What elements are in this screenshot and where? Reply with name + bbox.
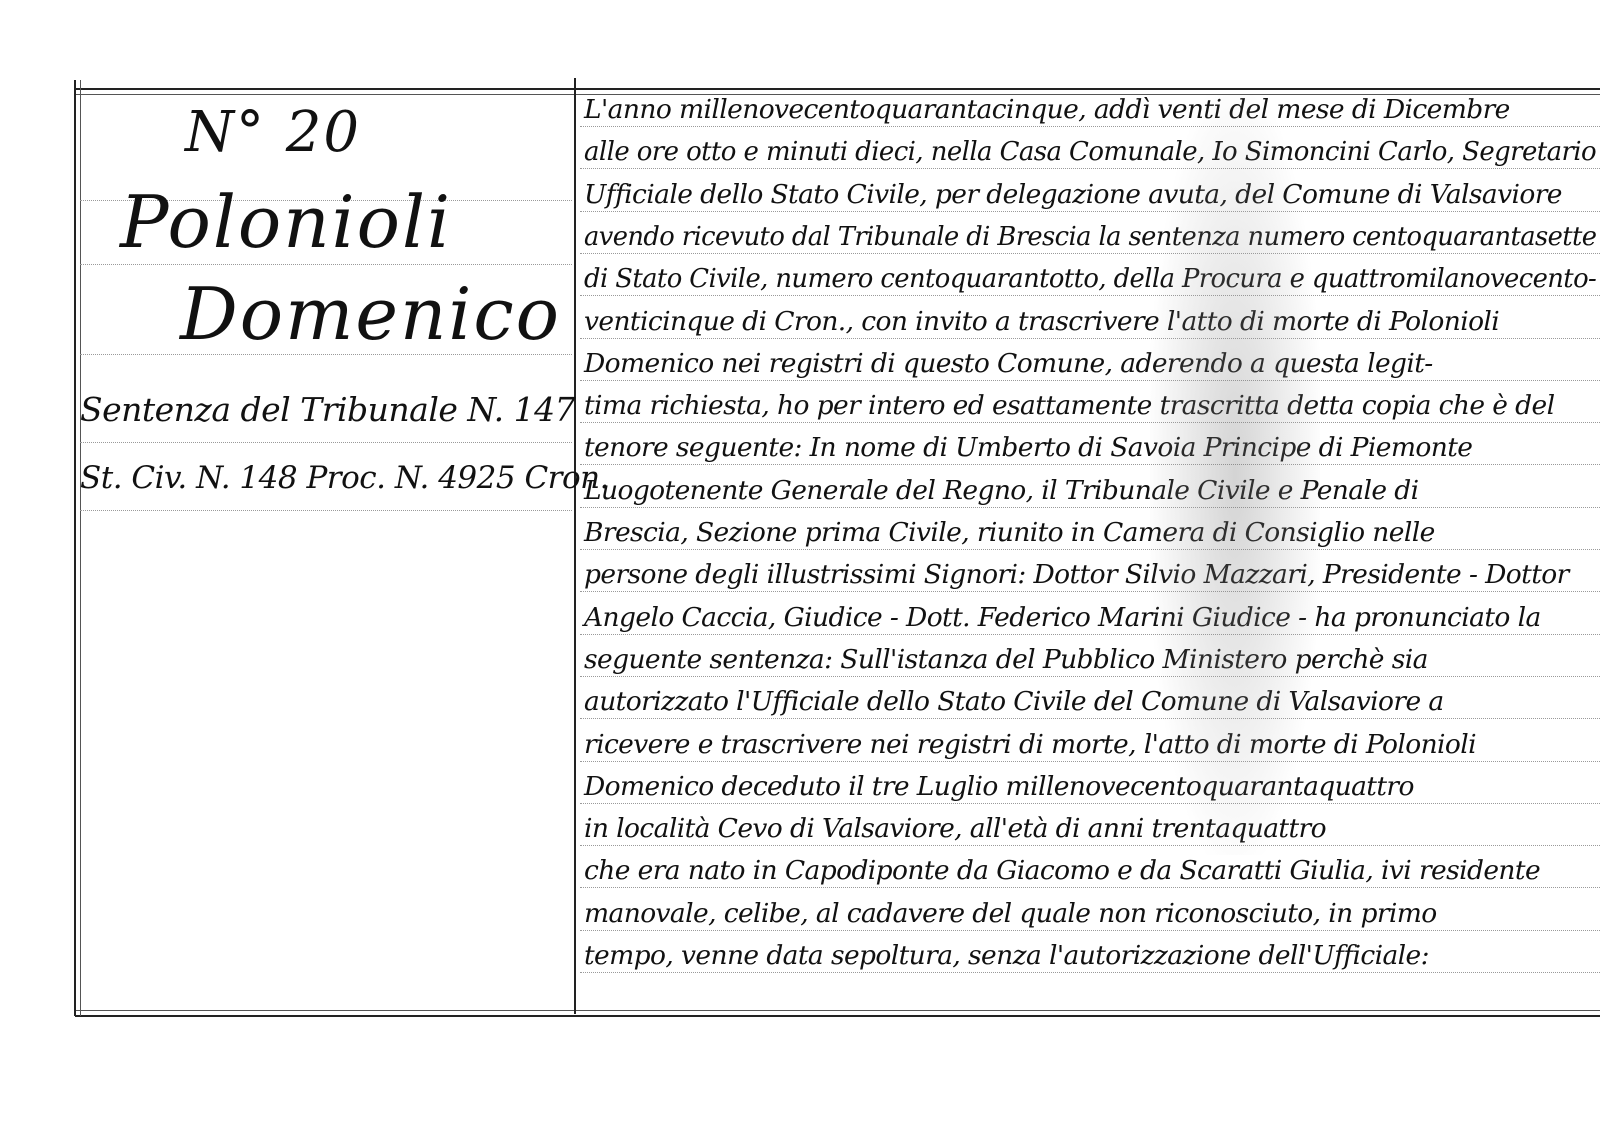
body-text-line: L'anno millenovecentoquarantacinque, add… [584,94,1510,125]
entry-body: L'anno millenovecentoquarantacinque, add… [580,92,1600,1010]
body-text-line: alle ore otto e minuti dieci, nella Casa… [584,136,1596,167]
ruled-line [580,253,1600,254]
body-text-line: Brescia, Sezione prima Civile, riunito i… [584,517,1435,548]
given-name: Domenico [180,272,561,356]
body-text-line: tima richiesta, ho per intero ed esattam… [584,390,1554,421]
body-text-line: manovale, celibe, al cadavere del quale … [584,898,1437,929]
entry-number: N° 20 [185,100,361,165]
body-text-line: ricevere e trascrivere nei registri di m… [584,729,1476,760]
surname: Polonioli [120,180,452,264]
ruled-line [580,168,1600,169]
ruled-line [580,422,1600,423]
ruled-line [580,211,1600,212]
body-text-line: venticinque di Cron., con invito a trasc… [584,306,1499,337]
ruled-line [80,442,572,443]
ruled-line [580,591,1600,592]
body-text-line: che era nato in Capodiponte da Giacomo e… [584,855,1540,886]
body-text-line: tenore seguente: In nome di Umberto di S… [584,432,1472,463]
sentence-numbers: St. Civ. N. 148 Proc. N. 4925 Cron. [80,460,609,496]
body-text-line: Domenico nei registri di questo Comune, … [584,348,1433,379]
ruled-line [580,634,1600,635]
body-text-line: Luogotenente Generale del Regno, il Trib… [584,475,1418,506]
ruled-line [580,803,1600,804]
sentence-reference: Sentenza del Tribunale N. 147 [80,390,575,429]
register-page: N° 20 Polonioli Domenico Sentenza del Tr… [0,0,1600,1132]
body-text-line: autorizzato l'Ufficiale dello Stato Civi… [584,686,1444,717]
body-text-line: tempo, venne data sepoltura, senza l'aut… [584,940,1429,971]
body-text-line: in località Cevo di Valsaviore, all'età … [584,813,1326,844]
ruled-line [580,845,1600,846]
ruled-line [580,338,1600,339]
ruled-line [580,126,1600,127]
body-text-line: Domenico deceduto il tre Luglio millenov… [584,771,1414,802]
body-text-line: Ufficiale dello Stato Civile, per delega… [584,179,1562,210]
body-text-line: avendo ricevuto dal Tribunale di Brescia… [584,221,1596,252]
margin-column: N° 20 Polonioli Domenico Sentenza del Tr… [80,92,572,1010]
column-divider [574,78,576,1014]
ruled-line [580,464,1600,465]
ruled-line [580,761,1600,762]
body-text-line: di Stato Civile, numero centoquarantotto… [584,263,1596,294]
ruled-line [580,549,1600,550]
ruled-line [580,676,1600,677]
ruled-line [80,264,572,265]
ruled-line [580,887,1600,888]
ruled-line [80,510,572,511]
bottom-border-rule [75,1010,1600,1017]
ruled-line [580,718,1600,719]
body-text-line: Angelo Caccia, Giudice - Dott. Federico … [584,602,1541,633]
ruled-line [580,930,1600,931]
body-text-line: seguente sentenza: Sull'istanza del Pubb… [584,644,1428,675]
ruled-line [580,972,1600,973]
ruled-line [580,295,1600,296]
ruled-line [580,507,1600,508]
ruled-line [580,380,1600,381]
body-text-line: persone degli illustrissimi Signori: Dot… [584,559,1569,590]
